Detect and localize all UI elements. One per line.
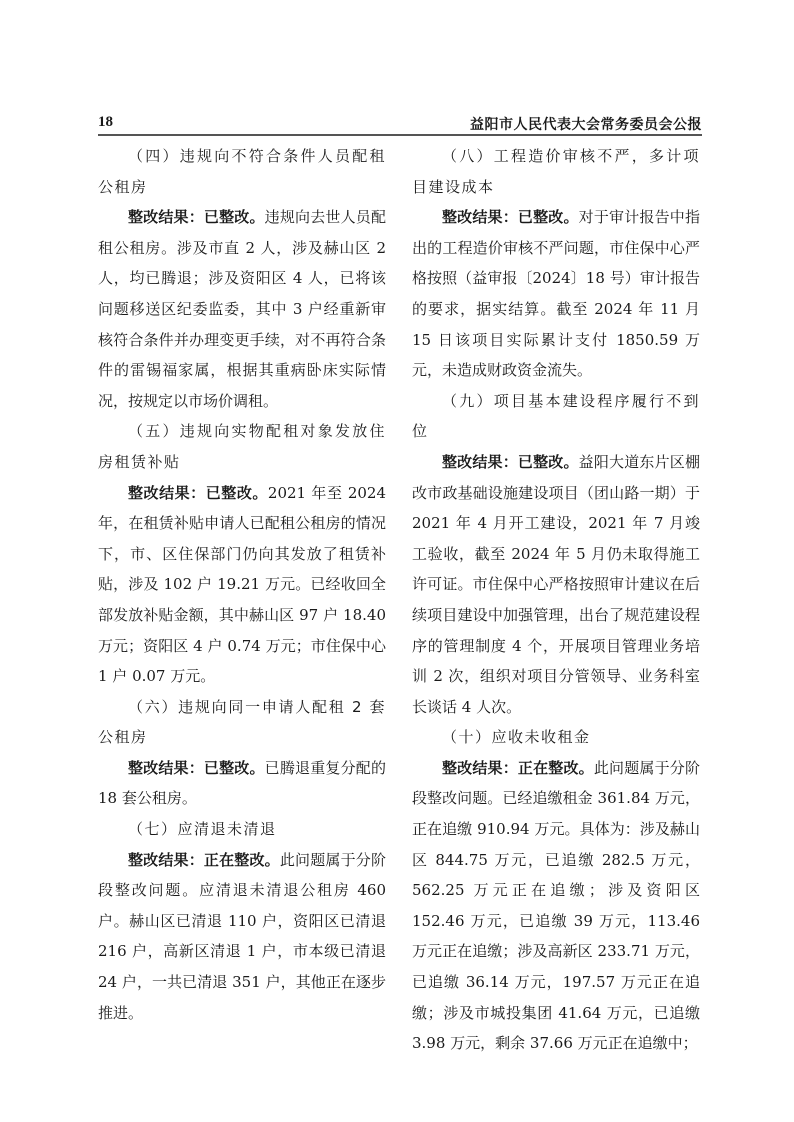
section-heading-8: （八）工程造价审核不严，多计项目建设成本	[412, 141, 700, 202]
page-number: 18	[98, 114, 113, 131]
right-column: （八）工程造价审核不严，多计项目建设成本 整改结果：已整改。对于审计报告中指出的…	[412, 141, 700, 1059]
page-header: 18 益阳市人民代表大会常务委员会公报	[98, 114, 702, 136]
section-body-9: 整改结果：已整改。益阳大道东片区棚改市政基础设施建设项目（团山路一期）于 202…	[412, 447, 700, 722]
result-text: 对于审计报告中指出的工程造价审核不严问题，市住保中心严格按照（益审报〔2024〕…	[412, 208, 700, 379]
result-text: 2021 年至 2024 年，在租赁补贴申请人已配租公租房的情况下，市、区住保部…	[98, 484, 386, 686]
result-text: 违规向去世人员配租公租房。涉及市直 2 人，涉及赫山区 2 人，均已腾退；涉及资…	[98, 208, 386, 410]
result-label: 整改结果：已整改。	[128, 759, 265, 777]
left-column: （四）违规向不符合条件人员配租公租房 整改结果：已整改。违规向去世人员配租公租房…	[98, 141, 386, 1028]
result-text: 此问题属于分阶段整改问题。应清退未清退公租房 460 户。赫山区已清退 110 …	[98, 851, 386, 1022]
result-text: 益阳大道东片区棚改市政基础设施建设项目（团山路一期）于 2021 年 4 月开工…	[412, 453, 700, 716]
publication-title: 益阳市人民代表大会常务委员会公报	[470, 114, 702, 134]
result-label: 整改结果：已整改。	[128, 484, 268, 502]
section-body-5: 整改结果：已整改。2021 年至 2024 年，在租赁补贴申请人已配租公租房的情…	[98, 478, 386, 692]
section-body-6: 整改结果：已整改。已腾退重复分配的 18 套公租房。	[98, 753, 386, 814]
result-label: 整改结果：正在整改。	[128, 851, 280, 869]
section-heading-5: （五）违规向实物配租对象发放住房租赁补贴	[98, 416, 386, 477]
result-text: 此问题属于分阶段整改问题。已经追缴租金 361.84 万元，正在追缴 910.9…	[412, 759, 700, 1052]
section-heading-6: （六）违规向同一申请人配租 2 套公租房	[98, 692, 386, 753]
section-heading-7: （七）应清退未清退	[98, 814, 386, 845]
section-heading-9: （九）项目基本建设程序履行不到位	[412, 386, 700, 447]
section-body-7: 整改结果：正在整改。此问题属于分阶段整改问题。应清退未清退公租房 460 户。赫…	[98, 845, 386, 1029]
section-body-8: 整改结果：已整改。对于审计报告中指出的工程造价审核不严问题，市住保中心严格按照（…	[412, 202, 700, 386]
section-heading-4: （四）违规向不符合条件人员配租公租房	[98, 141, 386, 202]
header-rule	[98, 134, 702, 136]
section-body-10: 整改结果：正在整改。此问题属于分阶段整改问题。已经追缴租金 361.84 万元，…	[412, 753, 700, 1059]
result-label: 整改结果：已整改。	[128, 208, 265, 226]
section-body-4: 整改结果：已整改。违规向去世人员配租公租房。涉及市直 2 人，涉及赫山区 2 人…	[98, 202, 386, 416]
section-heading-10: （十）应收未收租金	[412, 722, 700, 753]
result-label: 整改结果：正在整改。	[442, 759, 594, 777]
result-label: 整改结果：已整改。	[442, 453, 579, 471]
result-label: 整改结果：已整改。	[442, 208, 579, 226]
